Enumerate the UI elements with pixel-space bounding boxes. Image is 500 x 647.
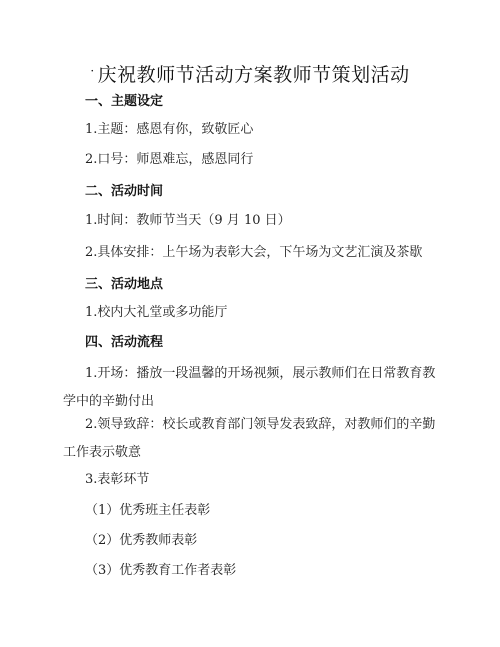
- paragraph-slogan: 2.口号：师恩难忘，感恩同行: [63, 151, 439, 169]
- paragraph-leader-speech: 2.领导致辞：校长或教育部门领导发表致辞，对教师们的辛勤工作表示敬意: [63, 411, 439, 467]
- paragraph-location: 1.校内大礼堂或多功能厅: [63, 304, 439, 322]
- paragraph-time: 1.时间：教师节当天（9 月 10 日）: [63, 212, 439, 230]
- paragraph-theme: 1.主题：感恩有你，致敬匠心: [63, 121, 439, 139]
- section-heading-process: 四、活动流程: [63, 334, 439, 352]
- section-heading-theme: 一、主题设定: [63, 93, 439, 111]
- document-page: ·庆祝教师节活动方案教师节策划活动 一、主题设定 1.主题：感恩有你，致敬匠心 …: [0, 0, 500, 647]
- title-bullet-icon: ·: [90, 64, 94, 78]
- title-text: 庆祝教师节活动方案教师节策划活动: [98, 64, 410, 86]
- document-title: ·庆祝教师节活动方案教师节策划活动: [0, 58, 500, 88]
- section-heading-time: 二、活动时间: [63, 183, 439, 201]
- paragraph-opening: 1.开场：播放一段温馨的开场视频，展示教师们在日常教育教学中的辛勤付出: [63, 360, 439, 416]
- list-item-award-3: （3）优秀教育工作者表彰: [63, 562, 439, 580]
- paragraph-awards: 3.表彰环节: [63, 471, 439, 489]
- paragraph-schedule: 2.具体安排：上午场为表彰大会，下午场为文艺汇演及茶歇: [63, 244, 439, 262]
- section-heading-location: 三、活动地点: [63, 276, 439, 294]
- list-item-award-1: （1）优秀班主任表彰: [63, 502, 439, 520]
- list-item-award-2: （2）优秀教师表彰: [63, 532, 439, 550]
